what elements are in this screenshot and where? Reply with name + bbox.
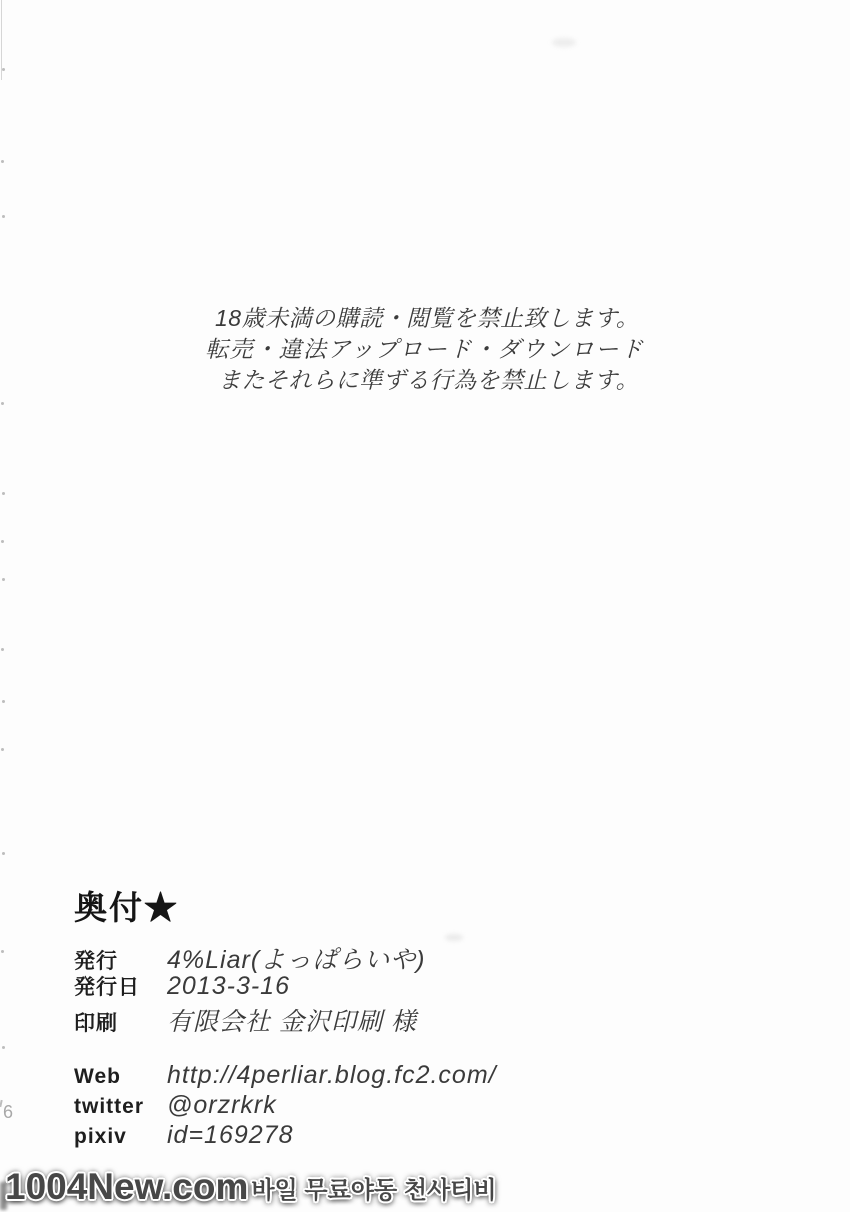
contact-row-value-pixiv: id=169278 bbox=[167, 1121, 293, 1150]
scan-speck bbox=[2, 215, 5, 218]
scan-speck bbox=[1, 540, 4, 543]
scan-speck bbox=[2, 578, 5, 581]
watermark-tagline-text: 바일 무료야동 천사티비 bbox=[251, 1170, 496, 1205]
colophon-row-publisher: 発行 4%Liar(よっぱらいや) bbox=[74, 940, 425, 971]
disclaimer-line: 18歳未満の購読・閲覧を禁止致します。 bbox=[215, 303, 850, 334]
contact-row-value-url: http://4perliar.blog.fc2.com/ bbox=[167, 1061, 497, 1090]
scan-speck bbox=[1, 648, 4, 651]
contact-row-value-twitter: @orzrkrk bbox=[167, 1091, 277, 1120]
contact-row-web: Web http://4perliar.blog.fc2.com/ bbox=[74, 1061, 497, 1091]
disclaimer-text: 18歳未満の購読・閲覧を禁止致します。 転売・違法アップロード・ダウンロード ま… bbox=[0, 303, 850, 396]
scan-speck bbox=[2, 1046, 5, 1049]
disclaimer-line: またそれらに準ずる行為を禁止します。 bbox=[218, 365, 850, 396]
colophon-heading: 奥付★ bbox=[74, 882, 179, 929]
colophon-row-value: 4%Liar(よっぱらいや) bbox=[167, 940, 425, 976]
contact-row-label: Web bbox=[74, 1065, 167, 1089]
colophon-contact-rows: Web http://4perliar.blog.fc2.com/ twitte… bbox=[74, 1061, 497, 1151]
scan-speck bbox=[2, 492, 5, 495]
scan-speck bbox=[1, 402, 4, 405]
disclaimer-line: 転売・違法アップロード・ダウンロード bbox=[205, 334, 850, 365]
scan-speck bbox=[1, 160, 4, 163]
colophon-row-printer: 印刷 有限会社 金沢印刷 様 bbox=[74, 1002, 425, 1033]
contact-row-twitter: twitter @orzrkrk bbox=[74, 1091, 497, 1121]
scan-speck bbox=[1, 748, 4, 751]
contact-row-pixiv: pixiv id=169278 bbox=[74, 1121, 497, 1151]
colophon-publication-rows: 発行 4%Liar(よっぱらいや) 発行日 2013-3-16 印刷 有限会社 … bbox=[74, 940, 425, 1033]
scan-smudge bbox=[552, 38, 576, 47]
scan-speck bbox=[2, 852, 5, 855]
watermark: 1004New.com 바일 무료야동 천사티비 bbox=[5, 1166, 497, 1208]
contact-row-label: pixiv bbox=[74, 1125, 167, 1149]
colophon-row-label: 印刷 bbox=[74, 1007, 167, 1037]
scanned-page: 18歳未満の購読・閲覧を禁止致します。 転売・違法アップロード・ダウンロード ま… bbox=[0, 0, 850, 1212]
colophon-row-value: 2013-3-16 bbox=[167, 972, 290, 1001]
watermark-site-text: 1004New.com bbox=[5, 1166, 248, 1208]
colophon-row-value: 有限会社 金沢印刷 様 bbox=[167, 1002, 417, 1038]
scan-speck bbox=[2, 700, 5, 703]
scan-speck bbox=[1, 950, 4, 953]
scan-smudge bbox=[445, 934, 463, 941]
page-number-fragment: 6 bbox=[3, 1102, 13, 1123]
colophon-row-label: 発行日 bbox=[74, 971, 167, 1001]
contact-row-label: twitter bbox=[74, 1095, 167, 1119]
scan-speck bbox=[2, 68, 5, 71]
